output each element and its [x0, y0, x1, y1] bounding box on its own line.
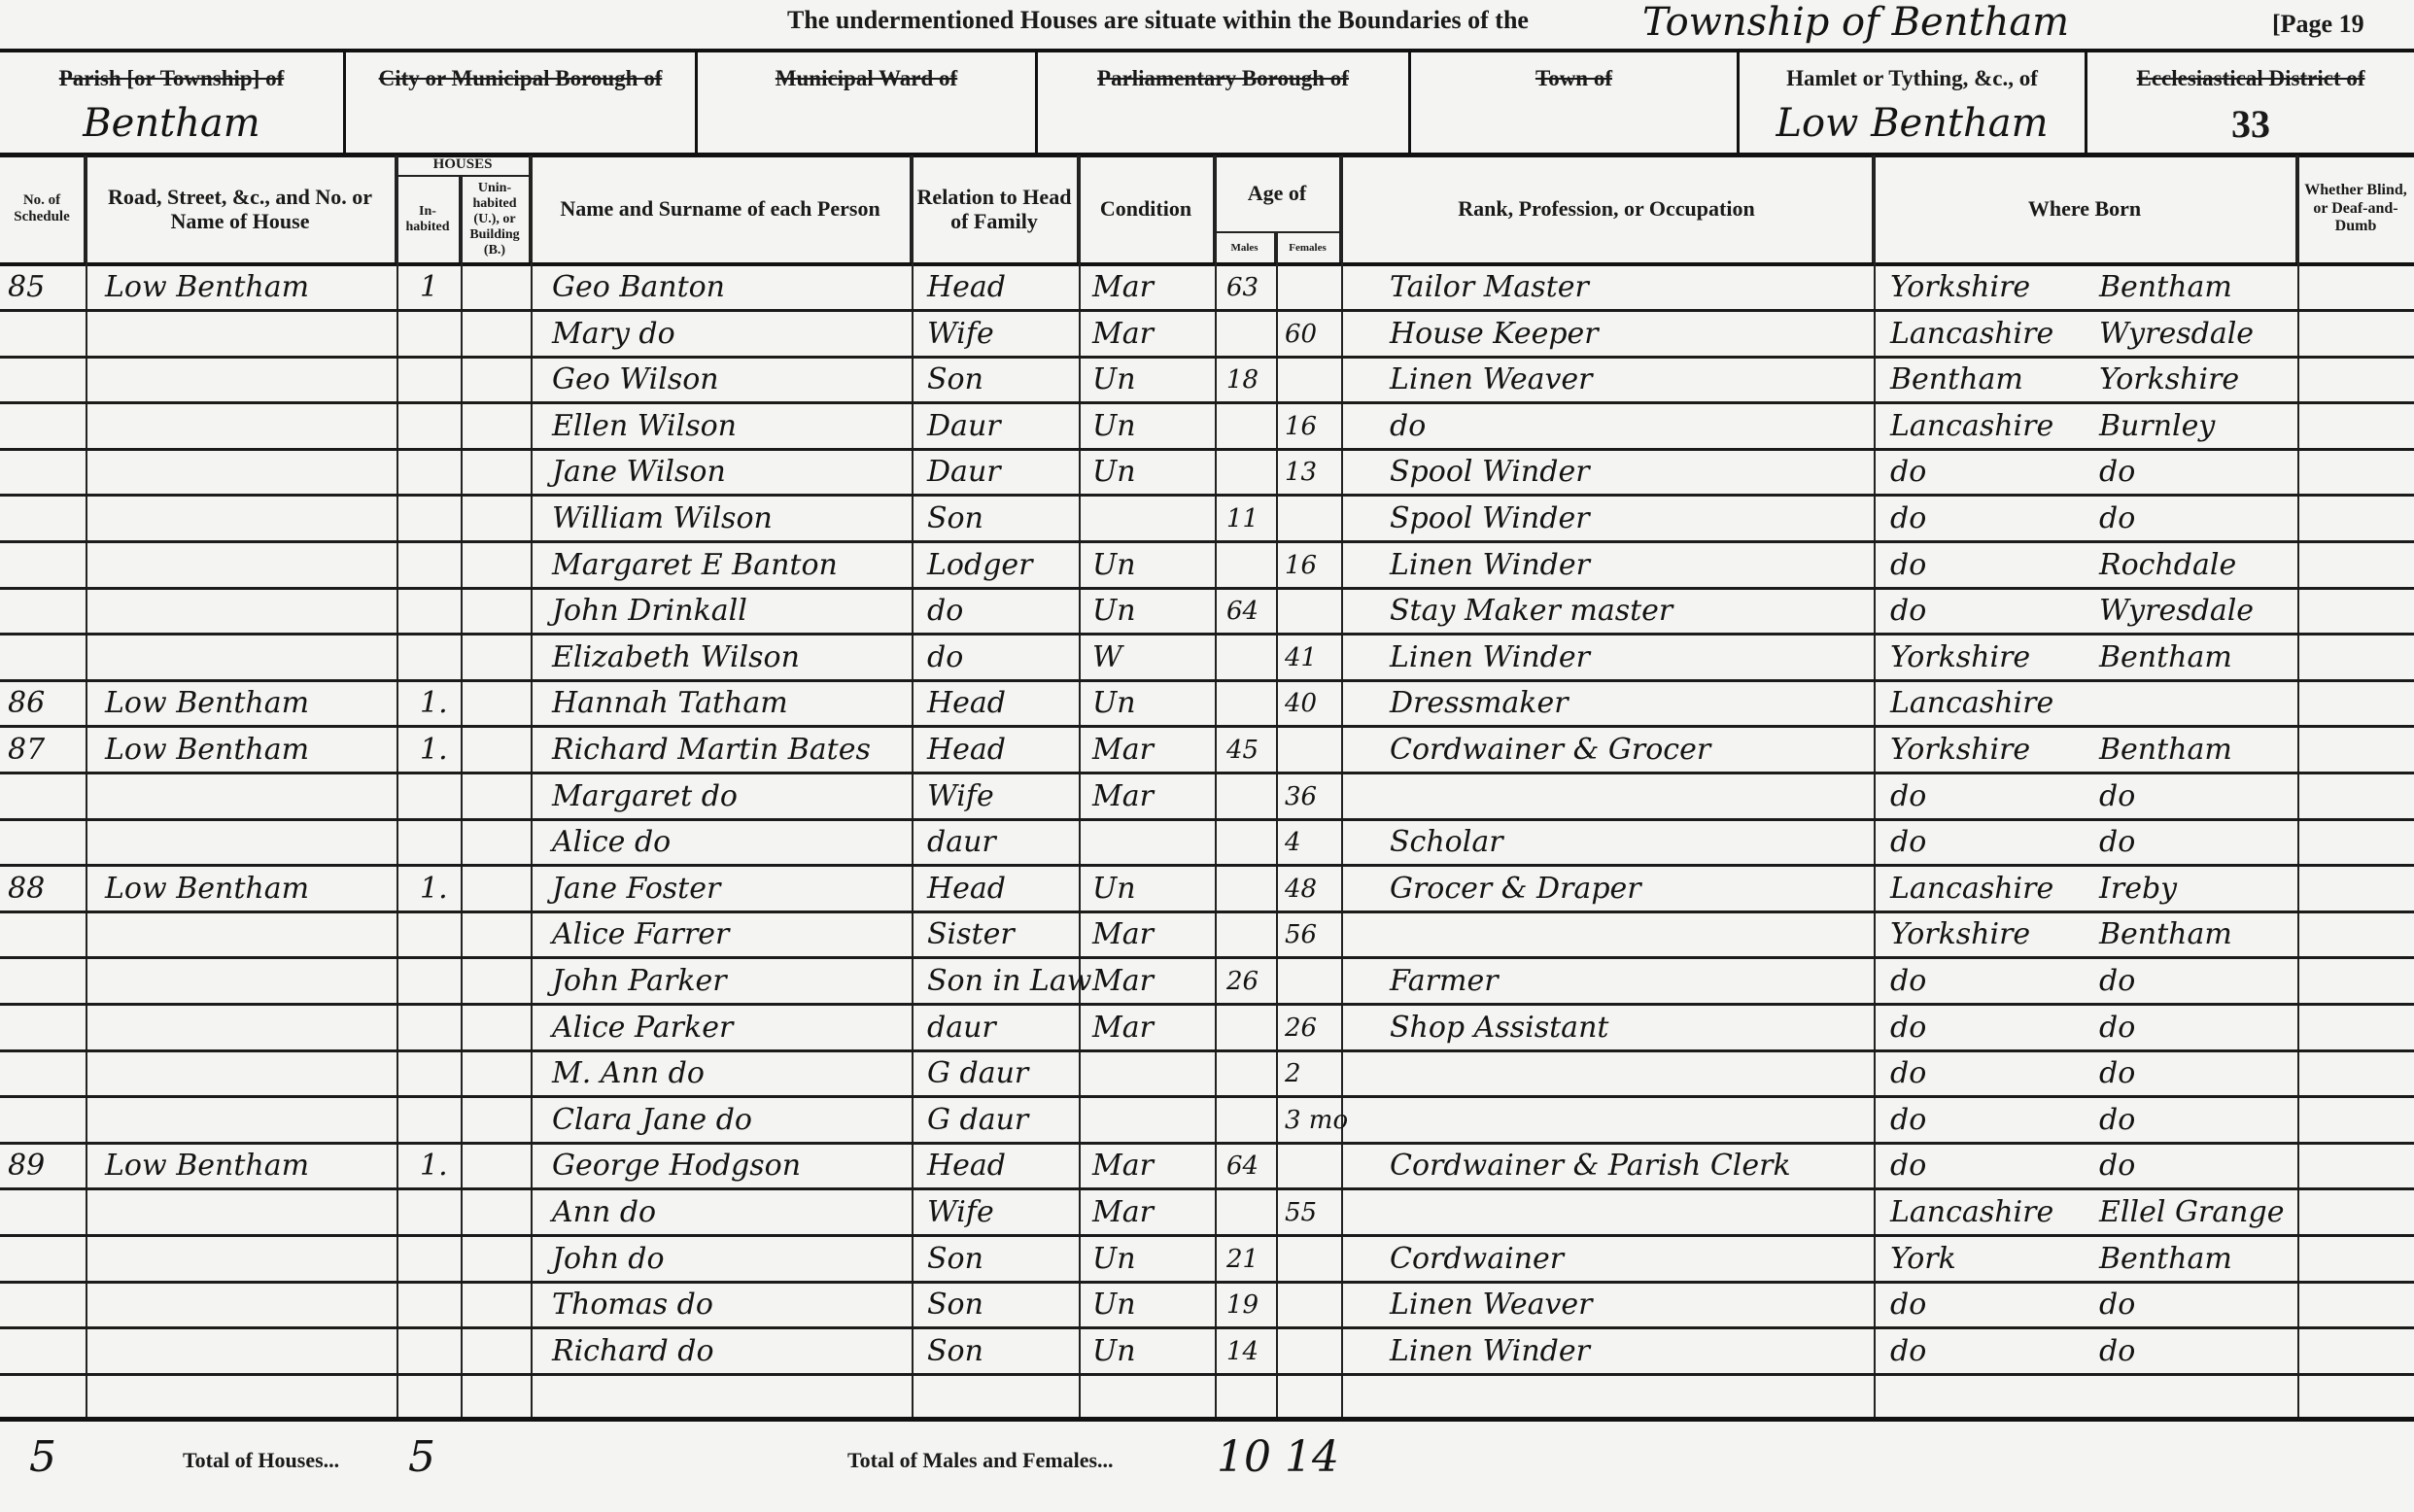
birth-county: Yorkshire [1890, 636, 2030, 679]
census-row: 88Low Bentham1.Jane FosterHeadUn48Grocer… [0, 868, 2414, 913]
relation-to-head: Son [927, 359, 983, 401]
relation-to-head: G daur [927, 1099, 1028, 1142]
total-houses-value: 5 [408, 1432, 435, 1482]
census-row: John ParkerSon in LawMar26Farmerdodo [0, 960, 2414, 1006]
birth-place: do [2099, 1284, 2135, 1326]
marital-condition: Mar [1092, 1145, 1154, 1187]
marital-condition: Un [1092, 405, 1136, 448]
birth-county: do [1890, 1099, 1926, 1142]
person-name: Jane Wilson [552, 451, 726, 494]
census-page: The undermentioned Houses are situate wi… [0, 0, 2414, 1512]
schedule-number: 85 [8, 266, 45, 309]
marital-condition: Un [1092, 868, 1136, 911]
total-females-value: 14 [1285, 1432, 1339, 1482]
person-name: William Wilson [552, 498, 773, 540]
marital-condition: Mar [1092, 1007, 1154, 1049]
census-row: Alice FarrerSisterMar56YorkshireBentham [0, 913, 2414, 959]
relation-to-head: Son [927, 1238, 983, 1281]
relation-to-head: G daur [927, 1052, 1028, 1095]
occupation: Farmer [1390, 960, 1499, 1003]
birth-place: Bentham [2099, 266, 2232, 309]
census-row: Mary doWifeMar60House KeeperLancashireWy… [0, 313, 2414, 359]
birth-county: Yorkshire [1890, 913, 2030, 956]
person-name: Richard do [552, 1330, 714, 1373]
marital-condition: Mar [1092, 913, 1154, 956]
relation-to-head: Wife [927, 1191, 994, 1234]
occupation: Dressmaker [1390, 682, 1569, 725]
birth-county: Yorkshire [1890, 266, 2030, 309]
birth-place: Wyresdale [2099, 313, 2254, 356]
admin-field: Parish [or Township] ofBentham [0, 52, 346, 154]
col-houses: HOUSES [397, 155, 531, 177]
occupation: Tailor Master [1390, 266, 1589, 309]
person-name: John do [552, 1238, 665, 1281]
admin-field-label: Hamlet or Tything, &c., of [1740, 66, 2085, 91]
admin-field: Parliamentary Borough of [1038, 52, 1411, 154]
birth-place: do [2099, 498, 2135, 540]
birth-place: Bentham [2099, 729, 2232, 772]
relation-to-head: Son [927, 1284, 983, 1326]
col-road: Road, Street, &c., and No. or Name of Ho… [86, 155, 397, 262]
occupation: Spool Winder [1390, 498, 1590, 540]
relation-to-head: Head [927, 729, 1006, 772]
birth-place: do [2099, 1330, 2135, 1373]
census-row: Richard doSonUn14Linen Winderdodo [0, 1330, 2414, 1376]
birth-place: do [2099, 451, 2135, 494]
col-females: Females [1276, 233, 1341, 262]
birth-place: do [2099, 960, 2135, 1003]
admin-field-value: Low Bentham [1740, 101, 2085, 146]
admin-field-label: Municipal Ward of [698, 66, 1035, 91]
birth-county: Lancashire [1890, 868, 2053, 911]
total-males-value: 10 [1217, 1432, 1271, 1482]
birth-county: do [1890, 590, 1926, 633]
marital-condition: Mar [1092, 960, 1154, 1003]
birth-county: do [1890, 1052, 1926, 1095]
census-row: Alice dodaur4Scholardodo [0, 821, 2414, 867]
birth-place: Bentham [2099, 913, 2232, 956]
birth-place: Burnley [2099, 405, 2215, 448]
female-age: 41 [1285, 636, 1317, 679]
female-age: 16 [1285, 544, 1317, 587]
birth-county: Lancashire [1890, 682, 2053, 725]
census-row: Elizabeth WilsondoW41Linen WinderYorkshi… [0, 636, 2414, 682]
col-relation: Relation to Head of Family [912, 155, 1079, 262]
page-header: The undermentioned Houses are situate wi… [0, 0, 2414, 49]
relation-to-head: Head [927, 1145, 1006, 1187]
admin-field-value: Bentham [0, 101, 343, 146]
birth-county: do [1890, 775, 1926, 818]
female-age: 36 [1285, 775, 1317, 818]
total-houses-label: Total of Houses... [183, 1448, 339, 1473]
marital-condition: Mar [1092, 313, 1154, 356]
occupation: Grocer & Draper [1390, 868, 1641, 911]
col-blind: Whether Blind, or Deaf-and-Dumb [2297, 155, 2414, 262]
occupation: House Keeper [1390, 313, 1599, 356]
census-row: M. Ann doG daur2dodo [0, 1052, 2414, 1098]
schedules-count: 5 [29, 1432, 56, 1482]
schedule-number: 88 [8, 868, 45, 911]
female-age: 3 mo [1285, 1099, 1348, 1142]
occupation: Cordwainer & Grocer [1390, 729, 1710, 772]
birth-place: do [2099, 1007, 2135, 1049]
female-age: 16 [1285, 405, 1317, 448]
person-name: Hannah Tatham [552, 682, 788, 725]
birth-county: do [1890, 544, 1926, 587]
person-name: Margaret E Banton [552, 544, 838, 587]
road-name: Low Bentham [105, 266, 309, 309]
col-uninhabited: Unin-habited (U.), or Building (B.) [461, 177, 531, 262]
total-persons-label: Total of Males and Females... [847, 1448, 1114, 1473]
occupation: Cordwainer [1390, 1238, 1564, 1281]
person-name: John Parker [552, 960, 727, 1003]
relation-to-head: Daur [927, 405, 1001, 448]
birth-place: Yorkshire [2099, 359, 2239, 401]
male-age: 64 [1226, 590, 1259, 633]
person-name: Geo Banton [552, 266, 725, 309]
census-row: Ann doWifeMar55LancashireEllel Grange [0, 1191, 2414, 1237]
person-name: Mary do [552, 313, 675, 356]
occupation: Stay Maker master [1390, 590, 1673, 633]
birth-county: do [1890, 451, 1926, 494]
admin-field: Ecclesiastical District of33 [2087, 52, 2414, 154]
marital-condition: W [1092, 636, 1122, 679]
male-age: 26 [1226, 960, 1259, 1003]
female-age: 56 [1285, 913, 1317, 956]
occupation: Linen Winder [1390, 544, 1590, 587]
occupation: Linen Weaver [1390, 1284, 1593, 1326]
female-age: 55 [1285, 1191, 1317, 1234]
col-born: Where Born [1874, 155, 2297, 262]
relation-to-head: Son in Law [927, 960, 1091, 1003]
female-age: 13 [1285, 451, 1317, 494]
admin-field-label: City or Municipal Borough of [346, 66, 695, 91]
birth-place: Bentham [2099, 636, 2232, 679]
schedule-number: 86 [8, 682, 45, 725]
birth-county: do [1890, 960, 1926, 1003]
schedule-number: 87 [8, 729, 45, 772]
relation-to-head: Head [927, 266, 1006, 309]
census-row: Jane WilsonDaurUn13Spool Winderdodo [0, 451, 2414, 497]
marital-condition: Un [1092, 682, 1136, 725]
relation-to-head: Wife [927, 313, 994, 356]
birth-place: Ireby [2099, 868, 2177, 911]
birth-place: do [2099, 1145, 2135, 1187]
birth-county: do [1890, 498, 1926, 540]
birth-county: Lancashire [1890, 313, 2053, 356]
male-age: 64 [1226, 1145, 1259, 1187]
relation-to-head: daur [927, 1007, 996, 1049]
female-age: 4 [1285, 821, 1301, 864]
person-name: John Drinkall [552, 590, 747, 633]
person-name: Thomas do [552, 1284, 713, 1326]
printed-title: The undermentioned Houses are situate wi… [787, 6, 1529, 35]
occupation: Spool Winder [1390, 451, 1590, 494]
birth-county: do [1890, 1007, 1926, 1049]
person-name: George Hodgson [552, 1145, 801, 1187]
person-name: Ann do [552, 1191, 656, 1234]
birth-place: do [2099, 1052, 2135, 1095]
admin-field: Hamlet or Tything, &c., ofLow Bentham [1740, 52, 2087, 154]
birth-county: Yorkshire [1890, 729, 2030, 772]
admin-field-label: Parish [or Township] of [0, 66, 343, 91]
marital-condition: Un [1092, 1284, 1136, 1326]
census-row: 87Low Bentham1.Richard Martin BatesHeadM… [0, 729, 2414, 774]
birth-county: do [1890, 1330, 1926, 1373]
person-name: Ellen Wilson [552, 405, 737, 448]
female-age: 48 [1285, 868, 1317, 911]
marital-condition: Mar [1092, 729, 1154, 772]
occupation: Cordwainer & Parish Clerk [1390, 1145, 1791, 1187]
male-age: 11 [1226, 498, 1259, 540]
female-age: 40 [1285, 682, 1317, 725]
person-name: Alice do [552, 821, 671, 864]
admin-field: City or Municipal Borough of [346, 52, 698, 154]
admin-field-label: Ecclesiastical District of [2087, 66, 2414, 91]
inhabited-mark: 1. [420, 868, 448, 911]
census-row: William WilsonSon11Spool Winderdodo [0, 498, 2414, 543]
inhabited-mark: 1. [420, 1145, 448, 1187]
occupation: Shop Assistant [1390, 1007, 1608, 1049]
marital-condition: Mar [1092, 266, 1154, 309]
relation-to-head: daur [927, 821, 996, 864]
col-age: Age of [1215, 155, 1341, 233]
census-row: Clara Jane doG daur3 mododo [0, 1099, 2414, 1145]
birth-place: Ellel Grange [2099, 1191, 2284, 1234]
census-row: Geo WilsonSonUn18Linen WeaverBenthamYork… [0, 359, 2414, 404]
road-name: Low Bentham [105, 868, 309, 911]
person-name: Alice Parker [552, 1007, 733, 1049]
birth-county: do [1890, 821, 1926, 864]
road-name: Low Bentham [105, 1145, 309, 1187]
census-row: Thomas doSonUn19Linen Weaverdodo [0, 1284, 2414, 1329]
birth-place: do [2099, 821, 2135, 864]
female-age: 26 [1285, 1007, 1317, 1049]
person-name: Margaret do [552, 775, 738, 818]
relation-to-head: do [927, 590, 963, 633]
relation-to-head: do [927, 636, 963, 679]
col-condition: Condition [1079, 155, 1215, 262]
person-name: Alice Farrer [552, 913, 729, 956]
admin-field-value: 33 [2087, 101, 2414, 147]
schedule-number: 89 [8, 1145, 45, 1187]
col-males: Males [1215, 233, 1276, 262]
col-occupation: Rank, Profession, or Occupation [1341, 155, 1874, 262]
birth-place: Wyresdale [2099, 590, 2254, 633]
birth-place: do [2099, 775, 2135, 818]
census-row: 86Low Bentham1.Hannah TathamHeadUn40Dres… [0, 682, 2414, 728]
page-number: [Page 19 [2272, 10, 2364, 39]
occupation: Scholar [1390, 821, 1503, 864]
person-name: Geo Wilson [552, 359, 719, 401]
totals-footer: 5 Total of Houses... 5 Total of Males an… [0, 1419, 2414, 1512]
relation-to-head: Wife [927, 775, 994, 818]
inhabited-mark: 1. [420, 682, 448, 725]
relation-to-head: Daur [927, 451, 1001, 494]
person-name: Jane Foster [552, 868, 720, 911]
male-age: 14 [1226, 1330, 1259, 1373]
col-name: Name and Surname of each Person [531, 155, 912, 262]
relation-to-head: Son [927, 498, 983, 540]
census-row: Margaret E BantonLodgerUn16Linen Winderd… [0, 544, 2414, 590]
relation-to-head: Head [927, 682, 1006, 725]
marital-condition: Un [1092, 359, 1136, 401]
census-row: John doSonUn21CordwainerYorkBentham [0, 1238, 2414, 1284]
admin-field-label: Parliamentary Borough of [1038, 66, 1408, 91]
birth-county: do [1890, 1145, 1926, 1187]
census-row: Ellen WilsonDaurUn16doLancashireBurnley [0, 405, 2414, 451]
road-name: Low Bentham [105, 682, 309, 725]
male-age: 19 [1226, 1284, 1259, 1326]
birth-county: Bentham [1890, 359, 2023, 401]
marital-condition: Un [1092, 544, 1136, 587]
census-row: Alice ParkerdaurMar26Shop Assistantdodo [0, 1007, 2414, 1052]
male-age: 18 [1226, 359, 1259, 401]
birth-place: Bentham [2099, 1238, 2232, 1281]
marital-condition: Un [1092, 590, 1136, 633]
birth-county: Lancashire [1890, 1191, 2053, 1234]
census-row: 89Low Bentham1.George HodgsonHeadMar64Co… [0, 1145, 2414, 1190]
person-name: Richard Martin Bates [552, 729, 871, 772]
census-row: John DrinkalldoUn64Stay Maker masterdoWy… [0, 590, 2414, 636]
occupation: Linen Weaver [1390, 359, 1593, 401]
occupation: do [1390, 405, 1426, 448]
col-schedule: No. of Schedule [0, 155, 86, 262]
birth-county: do [1890, 1284, 1926, 1326]
person-name: M. Ann do [552, 1052, 705, 1095]
female-age: 2 [1285, 1052, 1301, 1095]
male-age: 45 [1226, 729, 1259, 772]
col-inhabited: In-habited [397, 177, 461, 262]
relation-to-head: Sister [927, 913, 1015, 956]
census-row: 85Low Bentham1Geo BantonHeadMar63Tailor … [0, 266, 2414, 312]
relation-to-head: Lodger [927, 544, 1033, 587]
inhabited-mark: 1 [420, 266, 438, 309]
male-age: 21 [1226, 1238, 1259, 1281]
marital-condition: Un [1092, 1330, 1136, 1373]
birth-county: York [1890, 1238, 1956, 1281]
relation-to-head: Head [927, 868, 1006, 911]
marital-condition: Un [1092, 451, 1136, 494]
marital-condition: Un [1092, 1238, 1136, 1281]
admin-field: Town of [1411, 52, 1740, 154]
census-row: Margaret doWifeMar36dodo [0, 775, 2414, 821]
township-name: Township of Bentham [1642, 0, 2069, 45]
male-age: 63 [1226, 266, 1259, 309]
relation-to-head: Son [927, 1330, 983, 1373]
inhabited-mark: 1. [420, 729, 448, 772]
person-name: Elizabeth Wilson [552, 636, 800, 679]
female-age: 60 [1285, 313, 1317, 356]
birth-county: Lancashire [1890, 405, 2053, 448]
birth-place: do [2099, 1099, 2135, 1142]
person-name: Clara Jane do [552, 1099, 752, 1142]
admin-field-label: Town of [1411, 66, 1737, 91]
marital-condition: Mar [1092, 1191, 1154, 1234]
occupation: Linen Winder [1390, 1330, 1590, 1373]
birth-place: Rochdale [2099, 544, 2236, 587]
marital-condition: Mar [1092, 775, 1154, 818]
occupation: Linen Winder [1390, 636, 1590, 679]
admin-field: Municipal Ward of [698, 52, 1038, 154]
road-name: Low Bentham [105, 729, 309, 772]
